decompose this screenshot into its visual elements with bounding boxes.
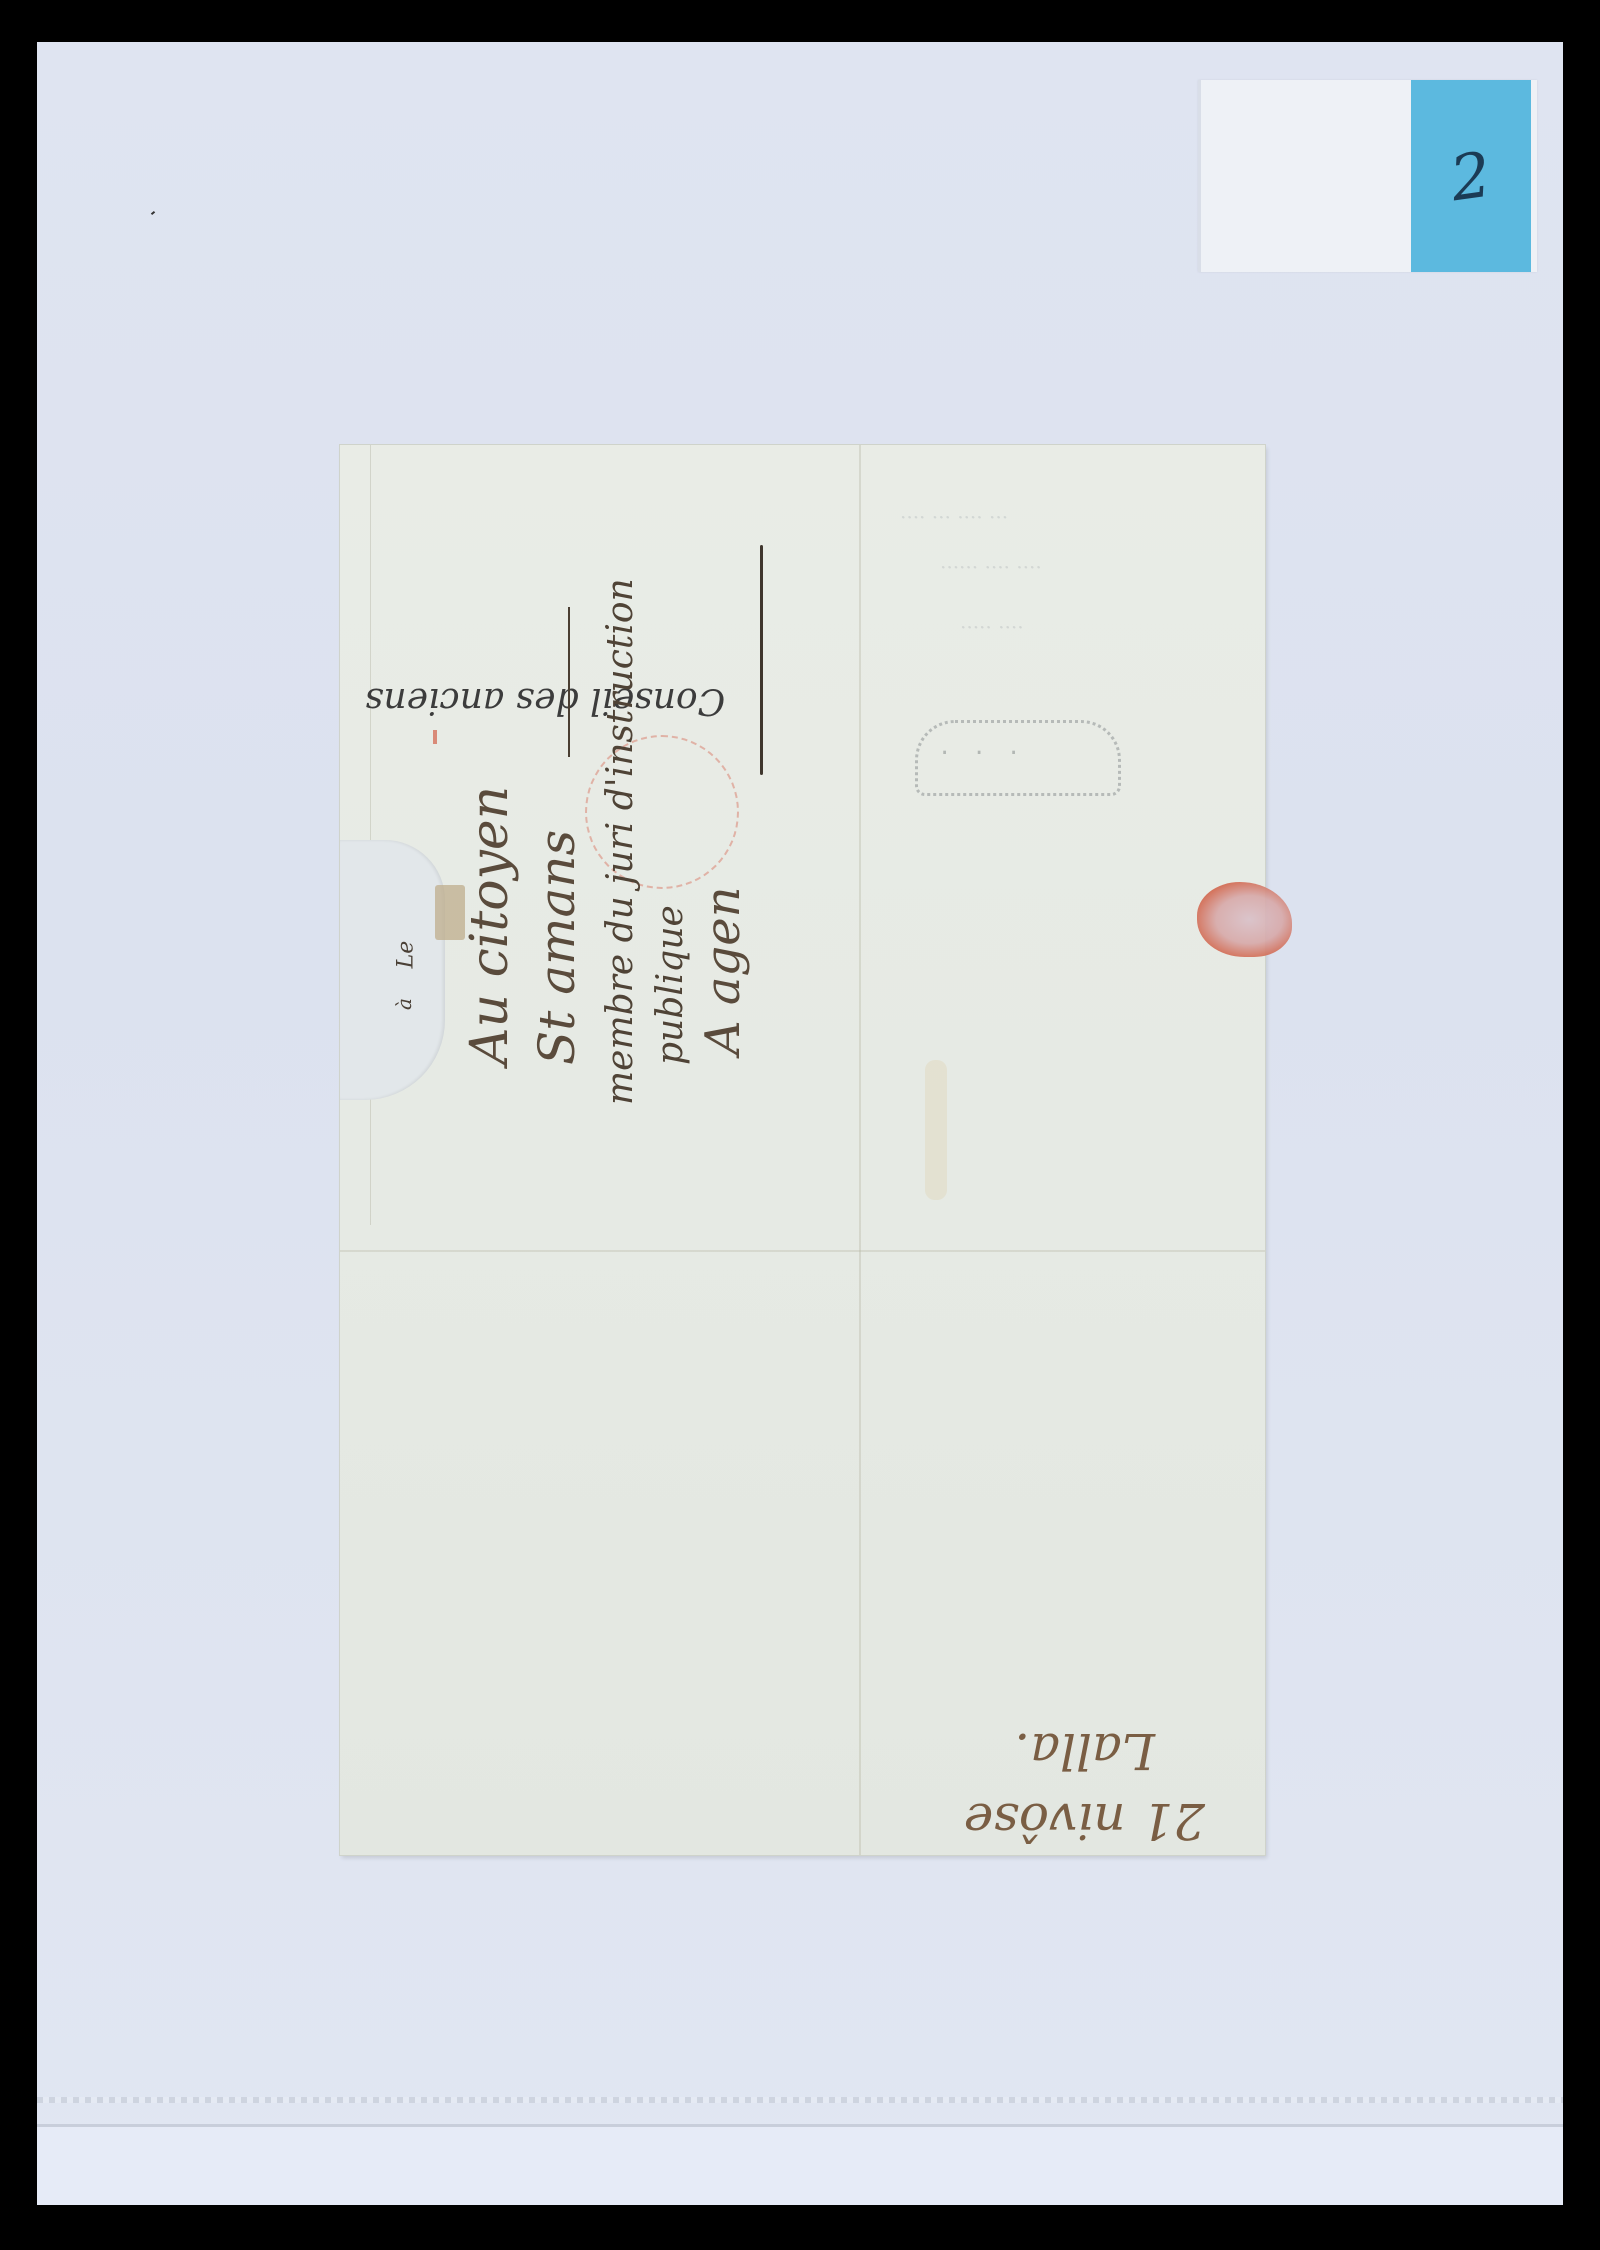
destination-underline	[760, 545, 763, 775]
album-sleeve-seam	[37, 2097, 1563, 2103]
red-ink-mark	[433, 730, 437, 744]
bleed-through-text: ··· ···· ··· ····	[900, 505, 1008, 529]
page-number: 2	[1446, 137, 1495, 215]
address-line-destination: A agen	[695, 886, 751, 1055]
vertical-fold-line	[859, 445, 861, 1855]
address-line-role: membre du juri d'instruction	[600, 578, 641, 1105]
text-fragment: Le	[393, 941, 418, 969]
letter-sheet: ··· ···· ··· ···· ···· ···· ······ ···· …	[340, 445, 1265, 1855]
bleed-through-text: ···· ·····	[960, 615, 1024, 639]
address-line-recipient-title: Au citoyen	[460, 786, 520, 1065]
signature-name: Lalla.	[1014, 1722, 1155, 1780]
address-line-recipient-name: St amans	[528, 830, 586, 1065]
wax-seal-remnant	[1197, 882, 1292, 957]
signature-upside-down: 21 nivôse Lalla.	[925, 1680, 1215, 1850]
faint-postmark-stamp: · · ·	[915, 720, 1121, 796]
paper-stain	[925, 1060, 947, 1200]
dust-speck	[151, 211, 155, 215]
horizontal-fold-line	[340, 1250, 1265, 1252]
date-note: 21 nivôse	[964, 1792, 1205, 1850]
address-line-role-continued: publique	[650, 905, 691, 1065]
album-page: 2 ··· ···· ··· ···· ···· ···· ······ ···…	[37, 42, 1563, 2205]
page-number-tab: 2	[1411, 80, 1531, 272]
panel-edge-line	[370, 445, 371, 1225]
torn-paper-section	[340, 840, 445, 1100]
album-sleeve-lower	[37, 2127, 1563, 2205]
name-underline	[568, 607, 570, 757]
text-fragment: à	[392, 998, 416, 1010]
address-block: Au citoyen St amans membre du juri d'ins…	[460, 505, 760, 1065]
bleed-through-text: ···· ···· ······	[940, 555, 1042, 579]
